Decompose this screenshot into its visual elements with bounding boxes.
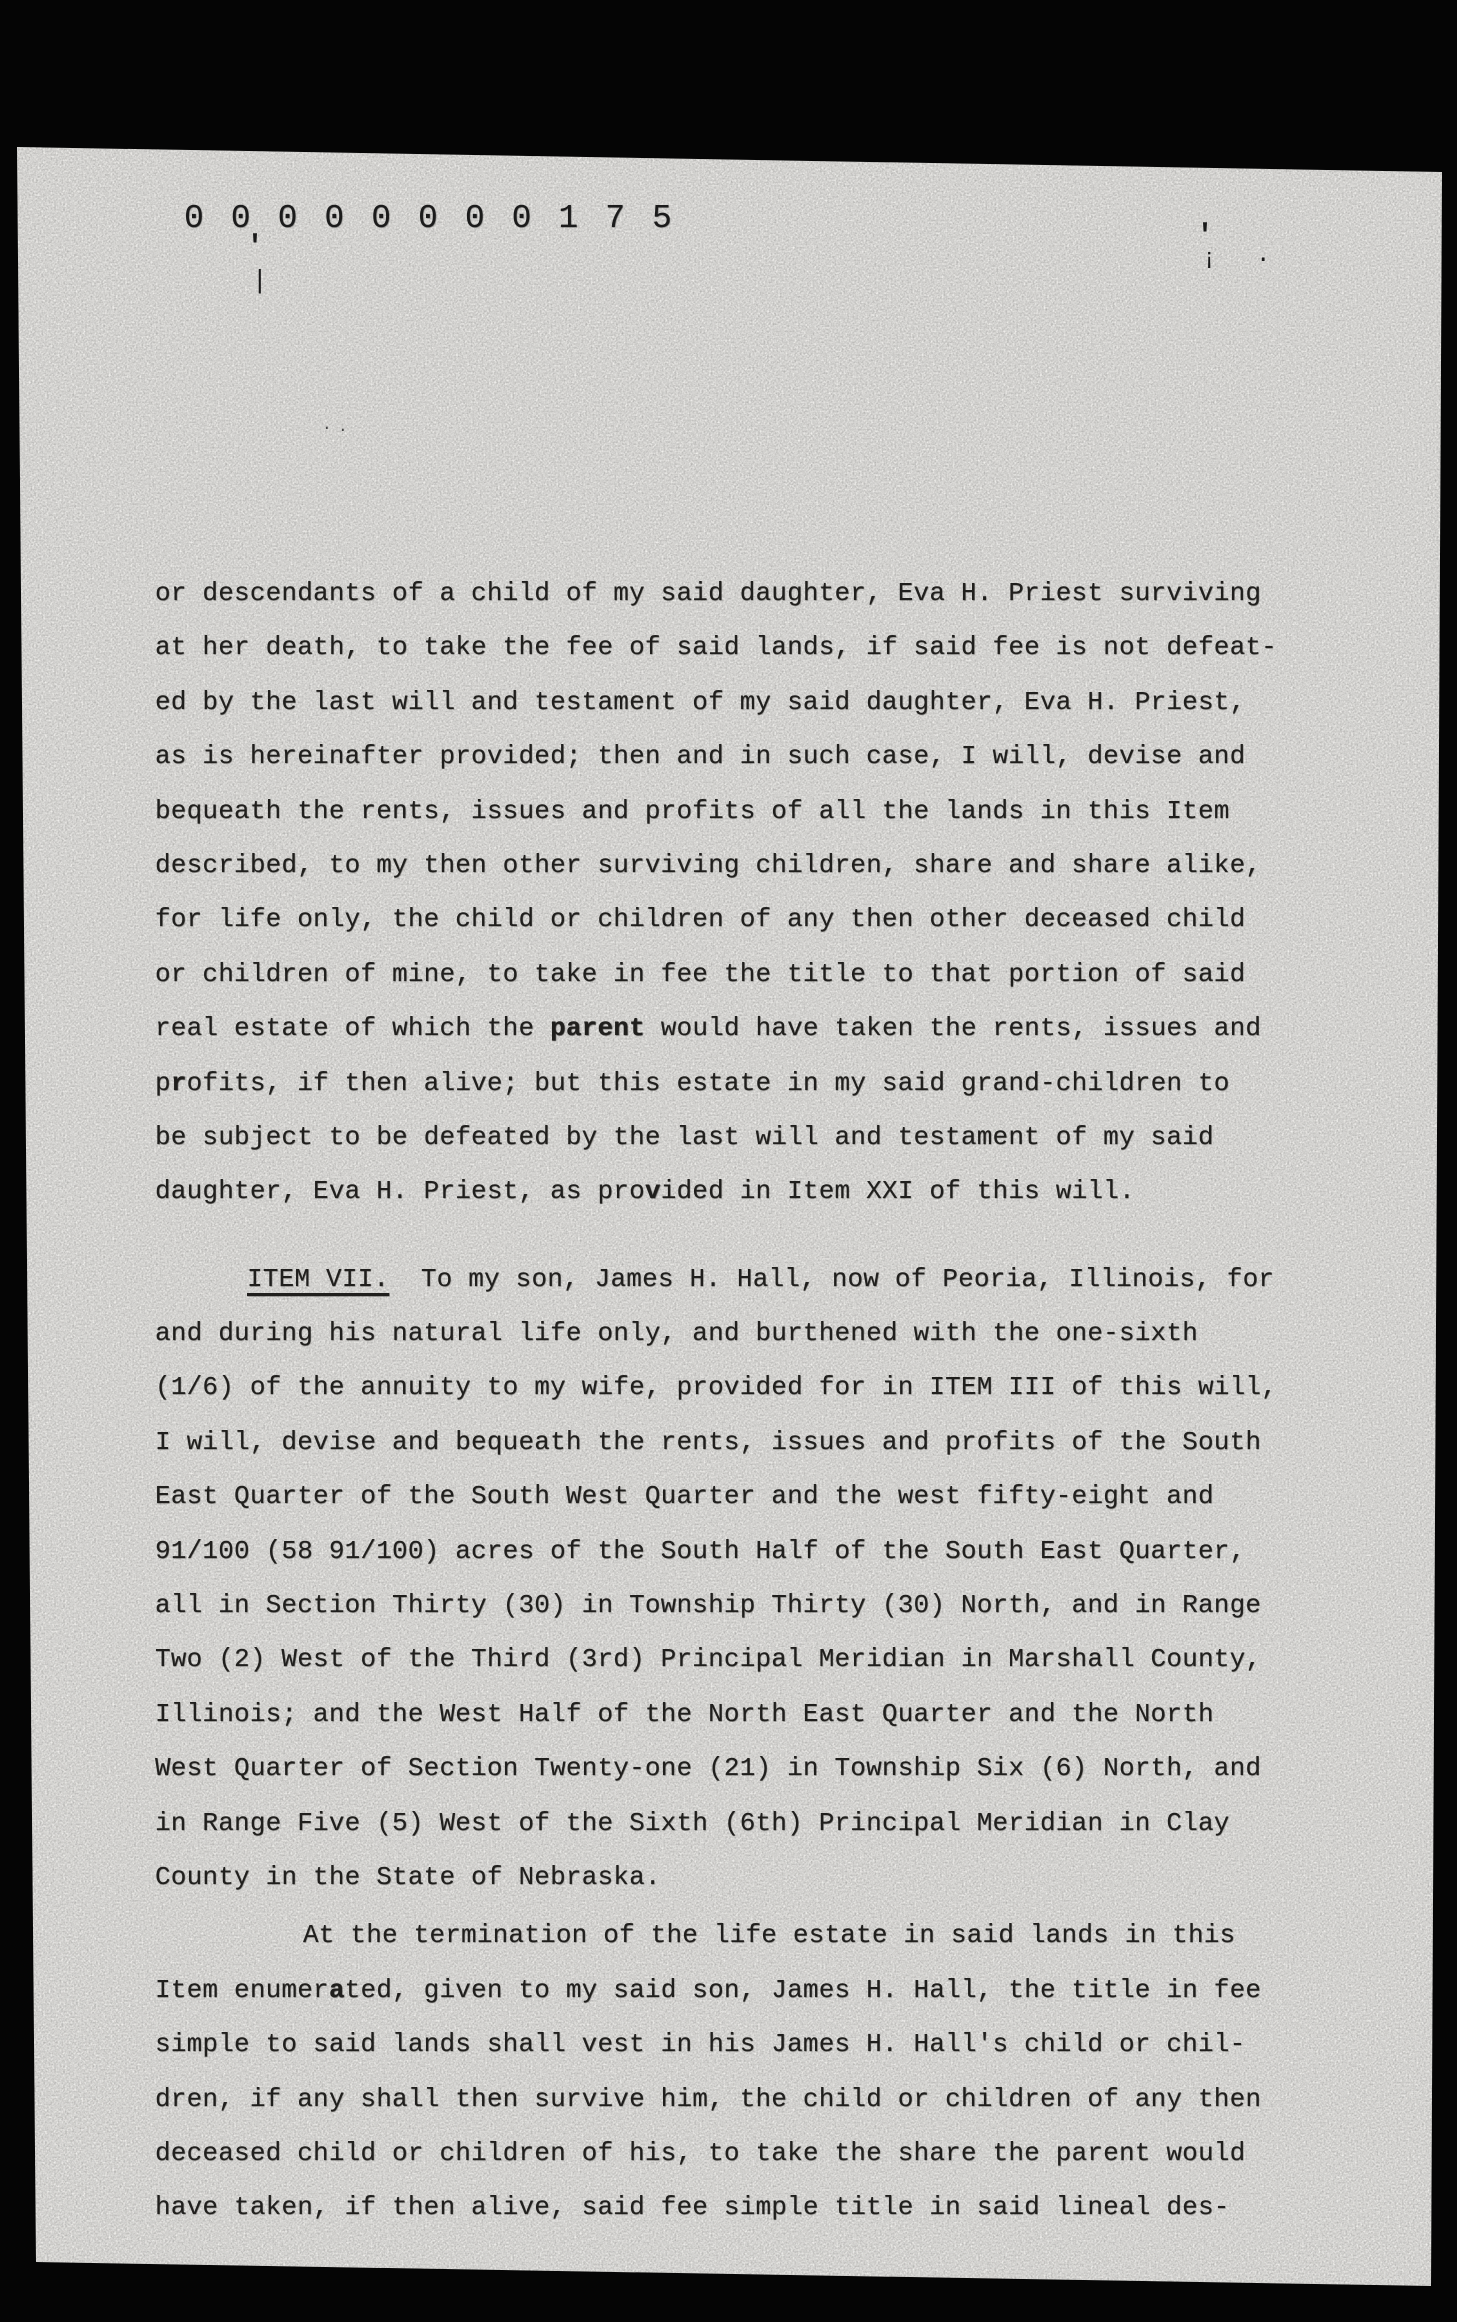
stray-ink-speck: ·: [338, 422, 348, 438]
text-segment: a: [329, 1975, 345, 2005]
text-line: Illinois; and the West Half of the North…: [155, 1687, 1355, 1741]
text-segment: simple to said lands shall vest in his J…: [155, 2029, 1245, 2059]
stray-ink-mark: |: [252, 268, 268, 294]
text-segment: deceased child or children of his, to ta…: [155, 2138, 1245, 2168]
text-line: all in Section Thirty (30) in Township T…: [155, 1578, 1355, 1632]
item-heading: ITEM VII.: [247, 1264, 389, 1294]
text-segment: or descendants of a child of my said dau…: [155, 578, 1261, 608]
text-line: as is hereinafter provided; then and in …: [155, 729, 1355, 783]
text-line: in Range Five (5) West of the Sixth (6th…: [155, 1796, 1355, 1850]
text-line: (1/6) of the annuity to my wife, provide…: [155, 1360, 1355, 1414]
text-segment: be subject to be defeated by the last wi…: [155, 1122, 1214, 1152]
text-segment: At the termination of the life estate in…: [303, 1920, 1235, 1950]
stray-ink-mark: .: [1256, 244, 1270, 268]
text-line: for life only, the child or children of …: [155, 892, 1355, 946]
text-line: 91/100 (58 91/100) acres of the South Ha…: [155, 1524, 1355, 1578]
text-segment: ofits, if then alive; but this estate in…: [187, 1068, 1230, 1098]
text-line: described, to my then other surviving ch…: [155, 838, 1355, 892]
stray-ink-speck: ·: [322, 420, 332, 436]
text-segment: bequeath the rents, issues and profits o…: [155, 796, 1230, 826]
text-segment: parent: [550, 1013, 645, 1043]
text-segment: ided in Item XXI of this will.: [661, 1176, 1135, 1206]
text-segment: East Quarter of the South West Quarter a…: [155, 1481, 1214, 1511]
paragraph: or descendants of a child of my said dau…: [155, 566, 1355, 1219]
document-text: or descendants of a child of my said dau…: [155, 566, 1355, 2235]
text-segment: as is hereinafter provided; then and in …: [155, 741, 1245, 771]
text-line: at her death, to take the fee of said la…: [155, 620, 1355, 674]
text-segment: have taken, if then alive, said fee simp…: [155, 2192, 1230, 2222]
text-segment: ted, given to my said son, James H. Hall…: [345, 1975, 1262, 2005]
text-segment: described, to my then other surviving ch…: [155, 850, 1261, 880]
text-segment: for life only, the child or children of …: [155, 904, 1245, 934]
text-segment: To my son, James H. Hall, now of Peoria,…: [389, 1264, 1274, 1294]
text-line: bequeath the rents, issues and profits o…: [155, 784, 1355, 838]
text-segment: daughter, Eva H. Priest, as pro: [155, 1176, 645, 1206]
text-segment: Two (2) West of the Third (3rd) Principa…: [155, 1644, 1261, 1674]
text-line: be subject to be defeated by the last wi…: [155, 1110, 1355, 1164]
text-segment: real estate of which the: [155, 1013, 550, 1043]
text-line: dren, if any shall then survive him, the…: [155, 2072, 1355, 2126]
paper-sheet: 00000000175 ' | ' ¡ . · · or descendants…: [0, 0, 1457, 2322]
text-line: have taken, if then alive, said fee simp…: [155, 2180, 1355, 2234]
text-segment: all in Section Thirty (30) in Township T…: [155, 1590, 1261, 1620]
text-line: profits, if then alive; but this estate …: [155, 1056, 1355, 1110]
text-line: simple to said lands shall vest in his J…: [155, 2017, 1355, 2071]
text-segment: and during his natural life only, and bu…: [155, 1318, 1198, 1348]
text-segment: dren, if any shall then survive him, the…: [155, 2084, 1261, 2114]
text-segment: 91/100 (58 91/100) acres of the South Ha…: [155, 1536, 1245, 1566]
stray-ink-mark: ¡: [1202, 248, 1216, 272]
text-line: County in the State of Nebraska.: [155, 1850, 1355, 1904]
text-segment: at her death, to take the fee of said la…: [155, 632, 1277, 662]
text-line: Item enumerated, given to my said son, J…: [155, 1963, 1355, 2017]
text-line: or children of mine, to take in fee the …: [155, 947, 1355, 1001]
text-line: East Quarter of the South West Quarter a…: [155, 1469, 1355, 1523]
text-segment: or children of mine, to take in fee the …: [155, 959, 1245, 989]
scanned-document-page: { "stamp": { "text": "00000000175" }, "m…: [0, 0, 1457, 2322]
stray-ink-mark: ': [246, 233, 264, 263]
text-line: I will, devise and bequeath the rents, i…: [155, 1415, 1355, 1469]
paragraph: ITEM VII. To my son, James H. Hall, now …: [155, 1252, 1355, 1905]
text-segment: would have taken the rents, issues and: [645, 1013, 1261, 1043]
text-line: Two (2) West of the Third (3rd) Principa…: [155, 1632, 1355, 1686]
text-line: and during his natural life only, and bu…: [155, 1306, 1355, 1360]
text-segment: (1/6) of the annuity to my wife, provide…: [155, 1372, 1277, 1402]
text-segment: ed by the last will and testament of my …: [155, 687, 1245, 717]
text-segment: County in the State of Nebraska.: [155, 1862, 661, 1892]
text-line: deceased child or children of his, to ta…: [155, 2126, 1355, 2180]
text-segment: v: [645, 1176, 661, 1206]
text-line: West Quarter of Section Twenty-one (21) …: [155, 1741, 1355, 1795]
text-segment: p: [155, 1068, 171, 1098]
paragraph: At the termination of the life estate in…: [155, 1908, 1355, 2234]
text-line: At the termination of the life estate in…: [155, 1908, 1355, 1962]
text-segment: Item enumer: [155, 1975, 329, 2005]
text-line: ITEM VII. To my son, James H. Hall, now …: [155, 1252, 1355, 1306]
text-segment: in Range Five (5) West of the Sixth (6th…: [155, 1808, 1230, 1838]
text-line: or descendants of a child of my said dau…: [155, 566, 1355, 620]
text-segment: West Quarter of Section Twenty-one (21) …: [155, 1753, 1261, 1783]
text-line: daughter, Eva H. Priest, as provided in …: [155, 1164, 1355, 1218]
text-line: ed by the last will and testament of my …: [155, 675, 1355, 729]
text-line: real estate of which the parent would ha…: [155, 1001, 1355, 1055]
text-segment: Illinois; and the West Half of the North…: [155, 1699, 1214, 1729]
text-segment: I will, devise and bequeath the rents, i…: [155, 1427, 1261, 1457]
text-segment: r: [171, 1068, 187, 1098]
